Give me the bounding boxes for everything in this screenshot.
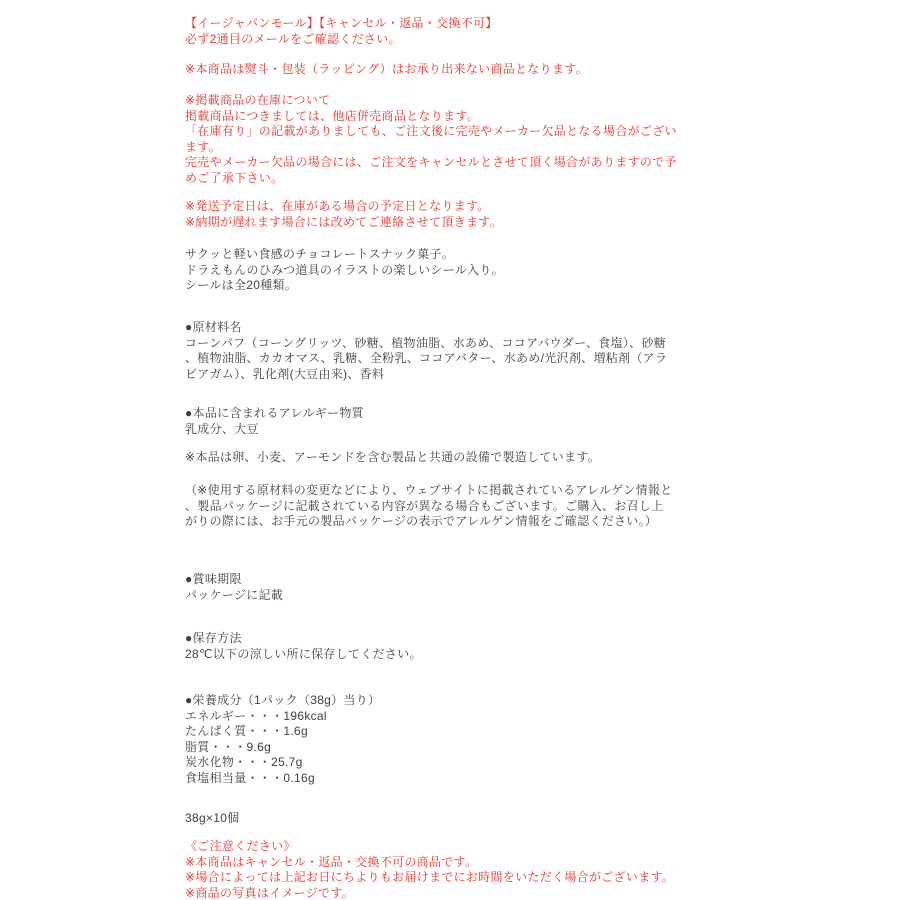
mall-cancel-notice: 【イージャパンモール】【キャンセル・返品・交換不可】 必ず2通目のメールをご確認… (185, 16, 805, 47)
text-line: ※商品の写真はイメージです。 (185, 886, 805, 900)
text-line: サクッと軽い食感のチョコレートスナック菓子。 (185, 247, 805, 263)
allergen-section: ●本品に含まれるアレルギー物質 乳成分、大豆 (185, 406, 805, 437)
stock-notice: ※掲載商品の在庫について 掲載商品につきましては、他店併売商品となります。 「在… (185, 93, 805, 186)
text-line: めご了承下さい。 (185, 171, 805, 187)
allergen-disclaimer: （※使用する原材料の変更などにより、ウェブサイトに掲載されているアレルゲン情報と… (185, 483, 805, 530)
text-line: 乳成分、大豆 (185, 422, 805, 438)
text-line: ※本商品は熨斗・包装（ラッピング）はお承り出来ない商品となります。 (185, 62, 805, 78)
caution-section: 《ご注意ください》 ※本商品はキャンセル・返品・交換不可の商品です。 ※場合によ… (185, 839, 805, 900)
nutrition-energy: エネルギー・・・196kcal (185, 709, 805, 725)
text-line: ※納期が遅れます場合には改めてご連絡させて頂きます。 (185, 215, 805, 231)
section-heading: 《ご注意ください》 (185, 839, 805, 855)
section-heading: ●本品に含まれるアレルギー物質 (185, 406, 805, 422)
text-line: ※発送予定日は、在庫がある場合の予定日となります。 (185, 199, 805, 215)
gift-wrap-notice: ※本商品は熨斗・包装（ラッピング）はお承り出来ない商品となります。 (185, 62, 805, 78)
nutrition-fat: 脂質・・・9.6g (185, 740, 805, 756)
text-line: シールは全20種類。 (185, 278, 805, 294)
nutrition-section: ●栄養成分（1パック（38g）当り） エネルギー・・・196kcal たんぱく質… (185, 693, 805, 786)
text-line: ビアガム）、乳化剤(大豆由来)、香料 (185, 367, 805, 383)
ingredients-section: ●原材料名 コーンパフ（コーングリッツ、砂糖、植物油脂、水あめ、ココアパウダー、… (185, 320, 805, 382)
section-heading: ●賞味期限 (185, 572, 805, 588)
nutrition-protein: たんぱく質・・・1.6g (185, 724, 805, 740)
text-line: 、製品パッケージに記載されている内容が異なる場合もございます。ご購入、お召し上 (185, 499, 805, 515)
expiry-section: ●賞味期限 パッケージに記載 (185, 572, 805, 603)
text-line: ※場合によっては上記お日にちよりもお届けまでにお時間をいただく場合がございます。 (185, 870, 805, 886)
package-size: 38g×10個 (185, 811, 805, 827)
shared-equipment-note: ※本品は卵、小麦、アーモンドを含む製品と共通の設備で製造しています。 (185, 450, 805, 466)
text-line: （※使用する原材料の変更などにより、ウェブサイトに掲載されているアレルゲン情報と (185, 483, 805, 499)
nutrition-carbs: 炭水化物・・・25.7g (185, 755, 805, 771)
text-line: パッケージに記載 (185, 588, 805, 604)
text-line: 必ず2通目のメールをご確認ください。 (185, 32, 805, 48)
text-line: がりの際には、お手元の製品パッケージの表示でアレルゲン情報をご確認ください。） (185, 514, 805, 530)
text-line: ※掲載商品の在庫について (185, 93, 805, 109)
product-description-page: { "colors": { "warning_red": "#e5342b", … (0, 0, 900, 900)
shipping-date-notice: ※発送予定日は、在庫がある場合の予定日となります。 ※納期が遅れます場合には改め… (185, 199, 805, 230)
nutrition-salt: 食塩相当量・・・0.16g (185, 771, 805, 787)
text-line: ドラえもんのひみつ道具のイラストの楽しいシール入り。 (185, 263, 805, 279)
text-line: ※本商品はキャンセル・返品・交換不可の商品です。 (185, 855, 805, 871)
section-heading: ●栄養成分（1パック（38g）当り） (185, 693, 805, 709)
text-line: 28℃以下の涼しい所に保存してください。 (185, 647, 805, 663)
text-line: ます。 (185, 140, 805, 156)
text-line: コーンパフ（コーングリッツ、砂糖、植物油脂、水あめ、ココアパウダー、食塩）、砂糖 (185, 336, 805, 352)
storage-section: ●保存方法 28℃以下の涼しい所に保存してください。 (185, 631, 805, 662)
text-line: 38g×10個 (185, 811, 805, 827)
text-line: 完売やメーカー欠品の場合には、ご注文をキャンセルとさせて頂く場合がありますので予 (185, 155, 805, 171)
text-line: ※本品は卵、小麦、アーモンドを含む製品と共通の設備で製造しています。 (185, 450, 805, 466)
product-summary: サクッと軽い食感のチョコレートスナック菓子。 ドラえもんのひみつ道具のイラストの… (185, 247, 805, 294)
text-line: 、植物油脂、カカオマス、乳糖、全粉乳、ココアバター、水あめ/光沢剤、増粘剤（アラ (185, 351, 805, 367)
section-heading: ●原材料名 (185, 320, 805, 336)
text-line: 掲載商品につきましては、他店併売商品となります。 (185, 109, 805, 125)
text-line: 「在庫有り」の記載がありましても、ご注文後に完売やメーカー欠品となる場合がござい (185, 124, 805, 140)
text-line: 【イージャパンモール】【キャンセル・返品・交換不可】 (185, 16, 805, 32)
section-heading: ●保存方法 (185, 631, 805, 647)
